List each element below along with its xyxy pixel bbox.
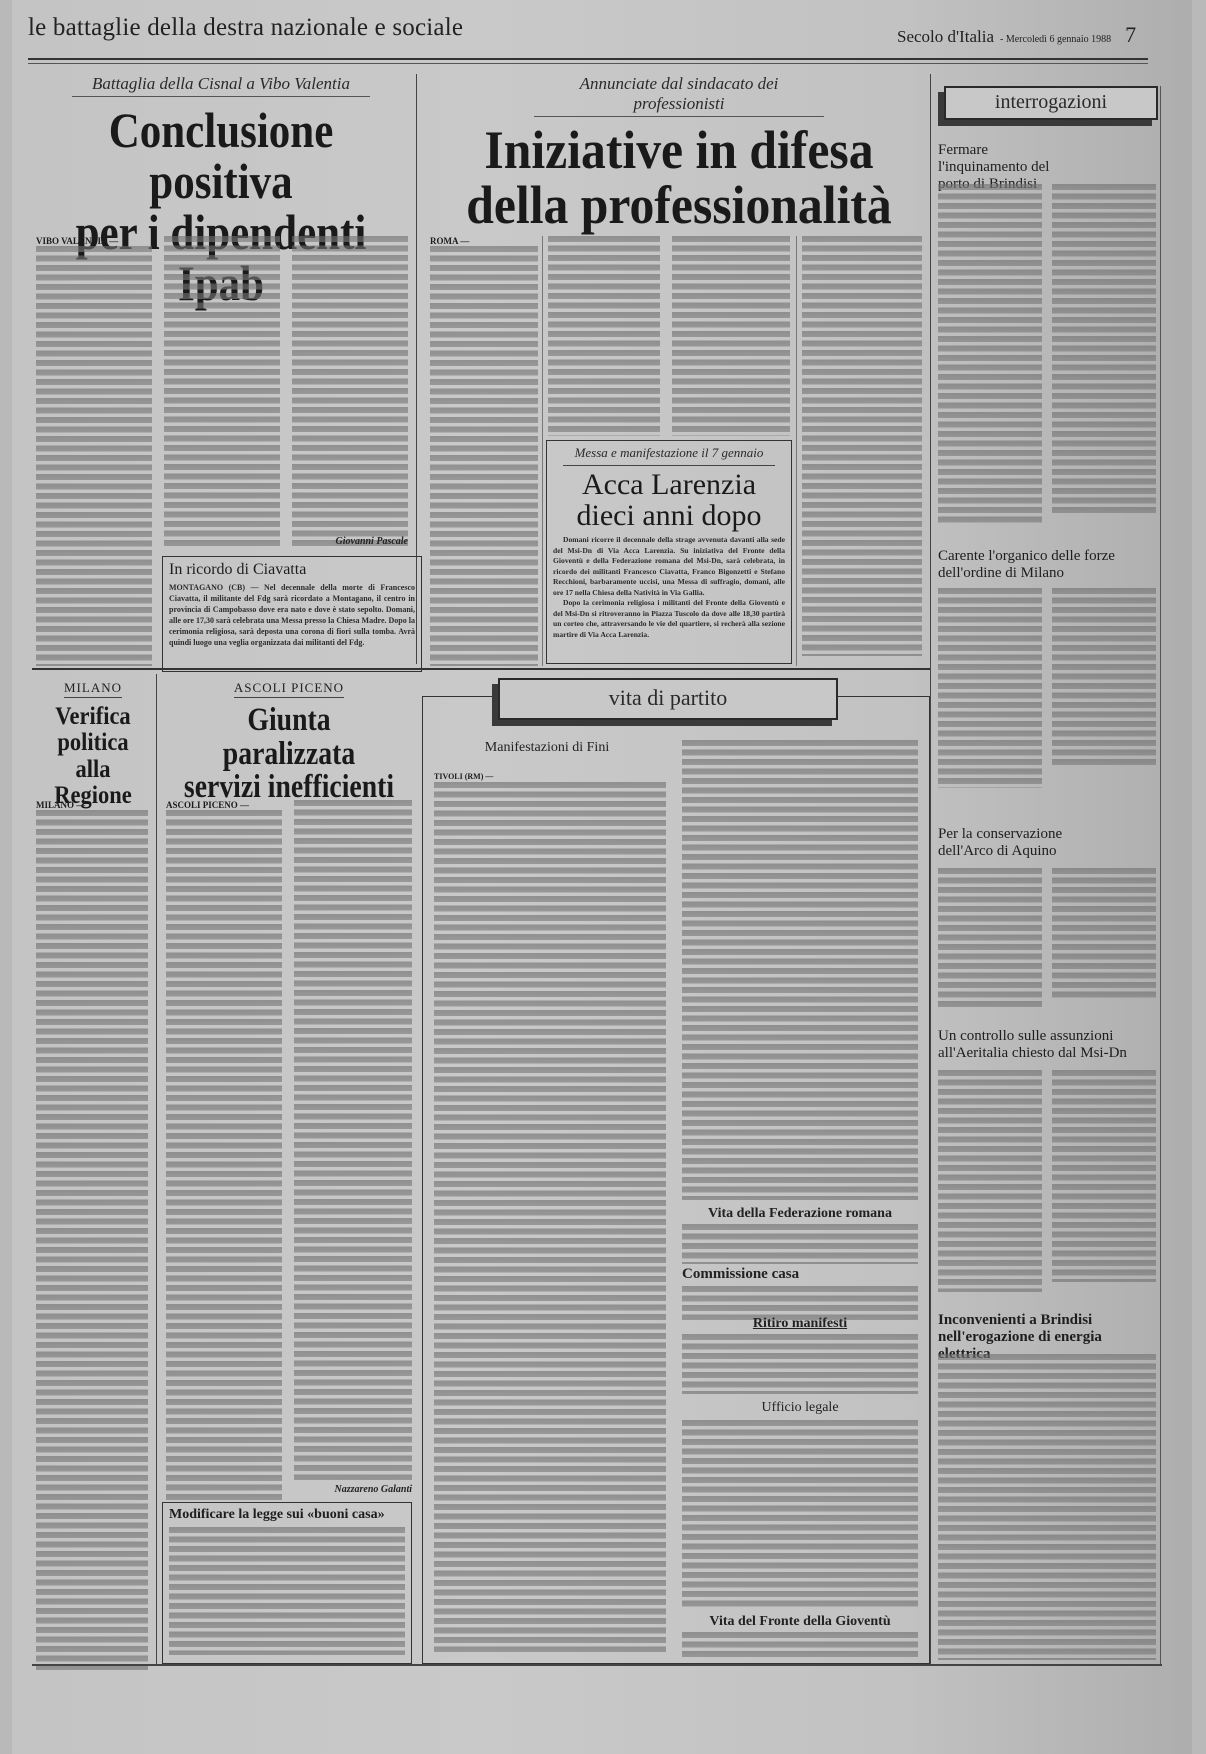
article-lead: ASCOLI PICENO — — [166, 800, 249, 810]
interrogazione-title: Un controllo sulle assunzioni all'Aerita… — [938, 1028, 1158, 1062]
box-text — [169, 1527, 405, 1655]
notice-text — [682, 1224, 918, 1264]
section-title: le battaglie della destra nazionale e so… — [28, 14, 463, 42]
article-text-column — [294, 800, 412, 1480]
subsection-title: Ritiro manifesti — [682, 1316, 918, 1332]
article-headline: Verifica politica alla Regione — [38, 704, 148, 809]
notice-text — [682, 1420, 918, 1610]
newspaper-masthead: Secolo d'Italia- Mercoledì 6 gennaio 198… — [897, 22, 1136, 48]
article-ascoli: ASCOLI PICENO Giunta paralizzata servizi… — [162, 680, 416, 805]
article-text-column — [430, 246, 538, 666]
interrogazione-text — [1052, 588, 1156, 768]
section-rule — [32, 668, 930, 670]
box-buoni-casa: Modificare la legge sui «buoni casa» — [162, 1502, 412, 1664]
section-banner: interrogazioni — [944, 86, 1158, 120]
column-divider — [796, 236, 797, 666]
newspaper-name: Secolo d'Italia — [897, 27, 994, 46]
article-text-column — [548, 236, 660, 436]
article-headline: Giunta paralizzata servizi inefficienti — [182, 704, 395, 805]
box-title: Modificare la legge sui «buoni casa» — [169, 1507, 405, 1523]
interrogazione-text — [1052, 184, 1156, 514]
article-text-column — [166, 810, 282, 1500]
notice-text-column — [434, 782, 666, 1652]
interrogazione-text — [938, 588, 1042, 788]
article-text-column — [36, 246, 152, 666]
city-label: MILANO — [64, 680, 122, 698]
subsection-title: Vita del Fronte della Gioventù — [682, 1614, 918, 1630]
article-lead: MILANO — — [36, 800, 85, 810]
notice-text — [682, 1632, 918, 1658]
notice-text-column — [682, 740, 918, 1200]
interrogazione-text — [938, 1354, 1156, 1660]
interrogazione-title: Per la conservazione dell'Arco di Aquino — [938, 826, 1078, 860]
subsection-title: Vita della Federazione romana — [682, 1206, 918, 1222]
subsection-title: Ufficio legale — [682, 1400, 918, 1416]
section-banner: vita di partito — [498, 678, 838, 720]
article-headline: Acca Larenzia dieci anni dopo — [553, 470, 785, 531]
interrogazione-text — [938, 184, 1042, 524]
article-milano: MILANO Verifica politica alla Regione — [32, 680, 154, 809]
article-byline: Nazzareno Galanti — [294, 1484, 412, 1495]
city-label: ASCOLI PICENO — [234, 680, 344, 698]
article-lead: ROMA — — [430, 236, 469, 246]
notice-text — [682, 1286, 918, 1320]
box-ciavatta: In ricordo di Ciavatta MONTAGANO (CB) — … — [162, 556, 422, 672]
article-text-column — [164, 236, 280, 546]
box-acca-larenzia: Messa e manifestazione il 7 gennaio Acca… — [546, 440, 792, 664]
issue-date: - Mercoledì 6 gennaio 1988 — [1000, 34, 1111, 45]
column-divider — [156, 674, 157, 1664]
column-divider — [542, 236, 543, 666]
newspaper-page: le battaglie della destra nazionale e so… — [12, 0, 1192, 1754]
interrogazione-text — [1052, 1070, 1156, 1282]
article-kicker: Battaglia della Cisnal a Vibo Valentia — [72, 74, 370, 97]
box-body: MONTAGANO (CB) — Nel decennale della mor… — [169, 582, 415, 648]
box-paragraph: Domani ricorre il decennale della strage… — [553, 535, 785, 598]
subsection-title: Commissione casa — [682, 1266, 918, 1283]
box-title: In ricordo di Ciavatta — [169, 561, 415, 579]
article-kicker: Messa e manifestazione il 7 gennaio — [553, 445, 785, 463]
masthead-rule — [28, 58, 1148, 64]
page-number: 7 — [1125, 22, 1136, 47]
interrogazione-text — [938, 1070, 1042, 1292]
column-divider — [1160, 86, 1161, 1666]
article-text-column — [292, 236, 408, 546]
interrogazione-title: Carente l'organico delle forze dell'ordi… — [938, 548, 1158, 582]
article-headline: Iniziative in difesa della professionali… — [444, 123, 913, 233]
article-text-column — [36, 810, 148, 1670]
notice-text — [682, 1334, 918, 1394]
article-kicker: Annunciate dal sindacato dei professioni… — [534, 74, 824, 117]
interrogazione-text — [1052, 868, 1156, 998]
article-text-column — [802, 236, 922, 656]
article-byline: Giovanni Pascale — [292, 536, 408, 547]
subsection-title: Manifestazioni di Fini — [432, 740, 662, 756]
article-text-column — [672, 236, 790, 436]
interrogazione-text — [938, 868, 1042, 1008]
article-professionisti: Annunciate dal sindacato dei professioni… — [424, 74, 934, 233]
article-lead: VIBO VALENTIA — — [36, 236, 118, 246]
notice-lead: TIVOLI (RM) — — [434, 772, 493, 781]
column-divider — [930, 74, 931, 1664]
box-paragraph: Dopo la cerimonia religiosa i militanti … — [553, 598, 785, 640]
page-bottom-rule — [32, 1664, 1162, 1666]
